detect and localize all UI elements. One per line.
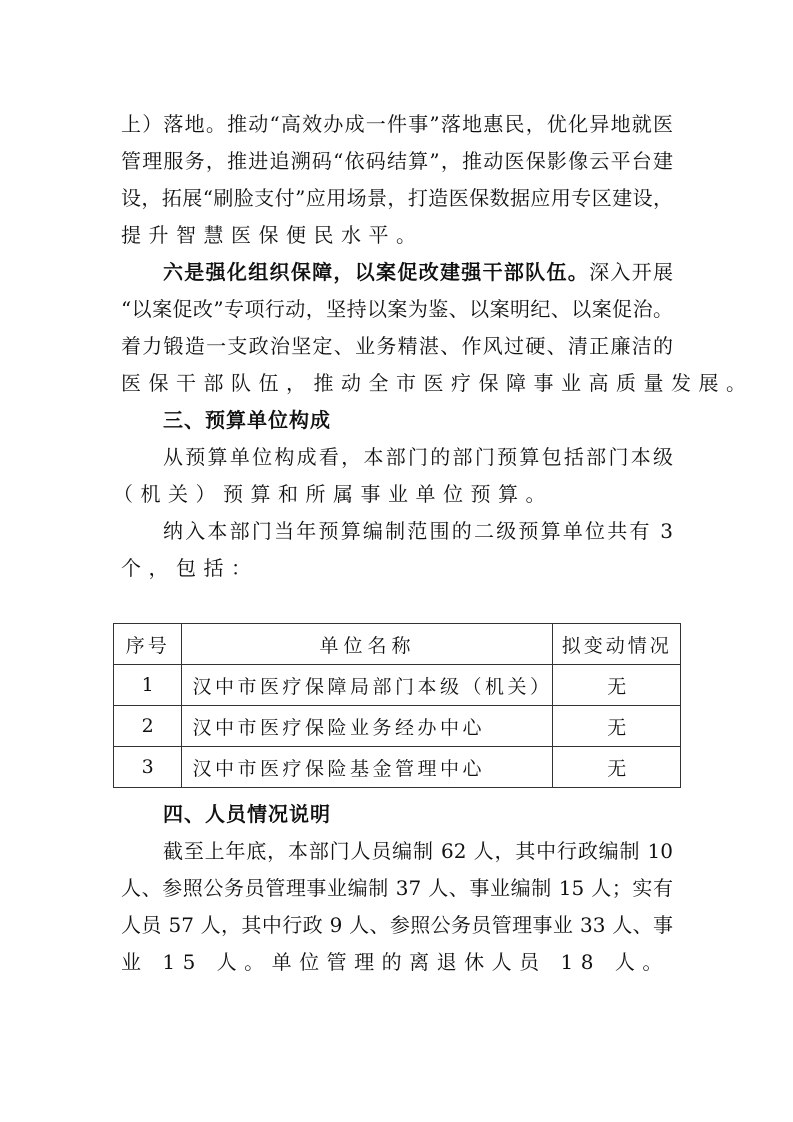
section-heading-staffing: 四、人员情况说明 <box>163 796 331 833</box>
table-row: 2 汉中市医疗保险业务经办中心 无 <box>114 706 681 747</box>
cell-unit-name: 汉中市医疗保险业务经办中心 <box>182 706 553 747</box>
cell-seq: 3 <box>114 747 182 788</box>
section-six-lead: 六是强化组织保障，以案促改建强干部队伍。 <box>163 260 589 284</box>
header-planned-change: 拟变动情况 <box>553 624 681 665</box>
table-header-row: 序号 单位名称 拟变动情况 <box>114 624 681 665</box>
paragraph-line: 人员 57 人，其中行政 9 人、参照公务员管理事业 33 人、事 <box>121 907 673 944</box>
paragraph-line: 提升智慧医保便民水平。 <box>121 217 673 254</box>
paragraph-line: 纳入本部门当年预算编制范围的二级预算单位共有 3 <box>163 513 673 550</box>
paragraph-line: 管理服务，推进追溯码“依码结算”，推动医保影像云平台建 <box>121 143 673 180</box>
cell-unit-name: 汉中市医疗保险基金管理中心 <box>182 747 553 788</box>
cell-planned-change: 无 <box>553 665 681 706</box>
paragraph-line: 截至上年底，本部门人员编制 62 人，其中行政编制 10 <box>163 833 673 870</box>
header-seq: 序号 <box>114 624 182 665</box>
section-heading-budget-units: 三、预算单位构成 <box>163 402 331 439</box>
paragraph-line: 个，包括： <box>121 550 673 587</box>
header-unit-name: 单位名称 <box>182 624 553 665</box>
paragraph-line: 从预算单位构成看，本部门的部门预算包括部门本级 <box>163 439 673 476</box>
cell-seq: 1 <box>114 665 182 706</box>
section-six-line1-rest: 深入开展 <box>589 260 673 284</box>
budget-units-table: 序号 单位名称 拟变动情况 1 汉中市医疗保障局部门本级（机关） 无 2 汉中市… <box>113 623 681 788</box>
cell-planned-change: 无 <box>553 706 681 747</box>
table-row: 1 汉中市医疗保障局部门本级（机关） 无 <box>114 665 681 706</box>
cell-planned-change: 无 <box>553 747 681 788</box>
paragraph-line: 着力锻造一支政治坚定、业务精湛、作风过硬、清正廉洁的 <box>121 328 673 365</box>
paragraph-line: 上）落地。推动“高效办成一件事”落地惠民，优化异地就医 <box>121 106 673 143</box>
cell-seq: 2 <box>114 706 182 747</box>
paragraph-line: 设，拓展“刷脸支付”应用场景，打造医保数据应用专区建设， <box>121 180 673 217</box>
paragraph-line: （机关）预算和所属事业单位预算。 <box>113 476 665 513</box>
document-page: 上）落地。推动“高效办成一件事”落地惠民，优化异地就医 管理服务，推进追溯码“依… <box>0 0 793 1122</box>
cell-unit-name: 汉中市医疗保障局部门本级（机关） <box>182 665 553 706</box>
section-six-first-line: 六是强化组织保障，以案促改建强干部队伍。深入开展 <box>163 254 673 291</box>
table-row: 3 汉中市医疗保险基金管理中心 无 <box>114 747 681 788</box>
paragraph-line: 人、参照公务员管理事业编制 37 人、事业编制 15 人；实有 <box>121 870 673 907</box>
paragraph-line: 医保干部队伍，推动全市医疗保障事业高质量发展。 <box>121 365 673 402</box>
paragraph-line: 业 15 人。单位管理的离退休人员 18 人。 <box>121 944 673 981</box>
paragraph-line: “以案促改”专项行动，坚持以案为鉴、以案明纪、以案促治。 <box>121 291 673 328</box>
